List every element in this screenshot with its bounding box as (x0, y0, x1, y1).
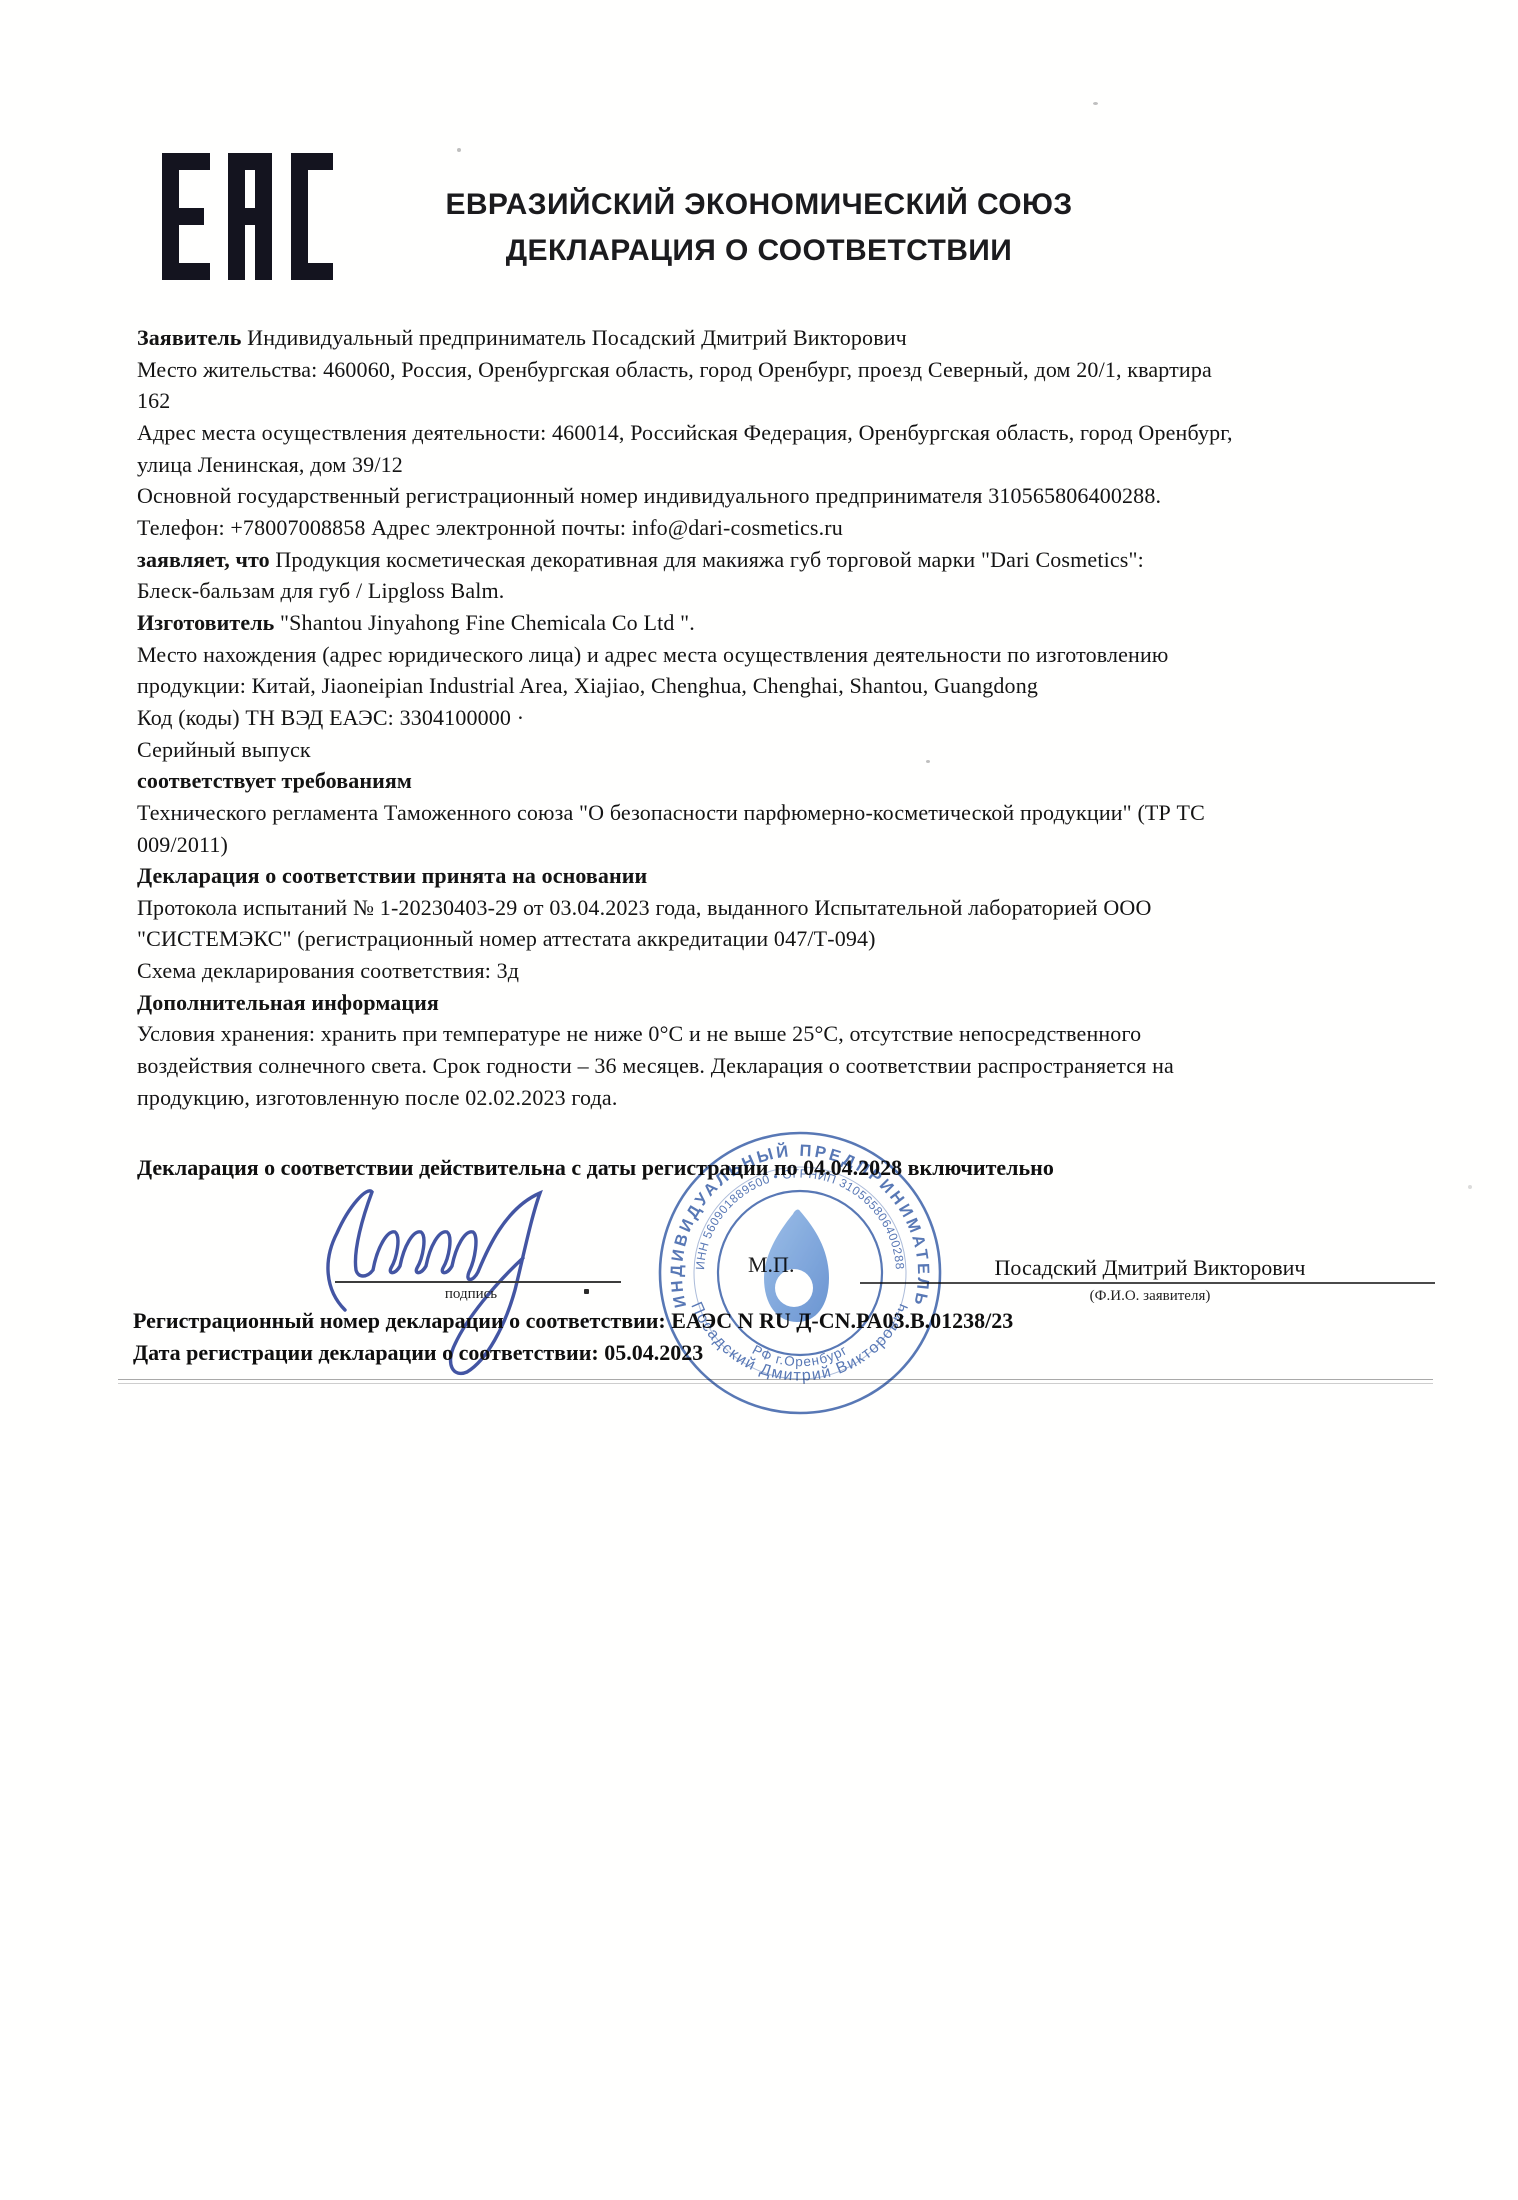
round-stamp: ИНДИВИДУАЛЬНЫЙ ПРЕДПРИНИМАТЕЛЬ Посадский… (653, 1126, 947, 1420)
scan-speck (457, 148, 461, 152)
body-line: Код (коды) ТН ВЭД ЕАЭС: 3304100000 · (137, 702, 1437, 734)
scan-speck (926, 760, 930, 763)
body-line: Адрес места осуществления деятельности: … (137, 417, 1437, 449)
body-line: 009/2011) (137, 829, 1437, 861)
body-line: продукцию, изготовленную после 02.02.202… (137, 1082, 1437, 1114)
body-line: Условия хранения: хранить при температур… (137, 1018, 1437, 1050)
signature-line (335, 1281, 621, 1283)
body-line: улица Ленинская, дом 39/12 (137, 449, 1437, 481)
body-line: Технического регламента Таможенного союз… (137, 797, 1437, 829)
scan-speck (1468, 1185, 1472, 1189)
body-line: Заявитель Индивидуальный предприниматель… (137, 322, 1437, 354)
body-line: Декларация о соответствии принята на осн… (137, 860, 1437, 892)
body-line: Серийный выпуск (137, 734, 1437, 766)
title-line-union: ЕВРАЗИЙСКИЙ ЭКОНОМИЧЕСКИЙ СОЮЗ (437, 182, 1081, 228)
applicant-name: Посадский Дмитрий Викторович (865, 1255, 1435, 1281)
body-line: Изготовитель "Shantou Jinyahong Fine Che… (137, 607, 1437, 639)
body-line: Дополнительная информация (137, 987, 1437, 1019)
body-line: заявляет, что Продукция косметическая де… (137, 544, 1437, 576)
registration-date-line: Дата регистрации декларации о соответств… (133, 1340, 703, 1366)
body-line: соответствует требованиям (137, 765, 1437, 797)
body-line: "СИСТЕМЭКС" (регистрационный номер аттес… (137, 923, 1437, 955)
body-line: Телефон: +78007008858 Адрес электронной … (137, 512, 1437, 544)
body-line: продукции: Китай, Jiaoneipian Industrial… (137, 670, 1437, 702)
body-line: воздействия солнечного света. Срок годно… (137, 1050, 1437, 1082)
body-line: Схема декларирования соответствия: 3д (137, 955, 1437, 987)
applicant-name-caption: (Ф.И.О. заявителя) (865, 1288, 1435, 1305)
signature-caption: подпись (395, 1286, 547, 1303)
body-line: Место жительства: 460060, Россия, Оренбу… (137, 354, 1437, 386)
body-line: Протокола испытаний № 1-20230403-29 от 0… (137, 892, 1437, 924)
body-line: 162 (137, 385, 1437, 417)
scan-speck (1093, 102, 1098, 105)
document-page: ЕВРАЗИЙСКИЙ ЭКОНОМИЧЕСКИЙ СОЮЗ ДЕКЛАРАЦИ… (0, 0, 1518, 2200)
body-line: Основной государственный регистрационный… (137, 480, 1437, 512)
declaration-body: Заявитель Индивидуальный предприниматель… (137, 322, 1437, 1113)
body-line: Место нахождения (адрес юридического лиц… (137, 639, 1437, 671)
body-line: Блеск-бальзам для губ / Lipgloss Balm. (137, 575, 1437, 607)
eac-logo (162, 153, 333, 280)
scan-mark (584, 1289, 589, 1294)
document-title: ЕВРАЗИЙСКИЙ ЭКОНОМИЧЕСКИЙ СОЮЗ ДЕКЛАРАЦИ… (437, 182, 1081, 274)
drop-logo (764, 1210, 829, 1322)
title-line-declaration: ДЕКЛАРАЦИЯ О СООТВЕТСТВИИ (437, 228, 1081, 274)
